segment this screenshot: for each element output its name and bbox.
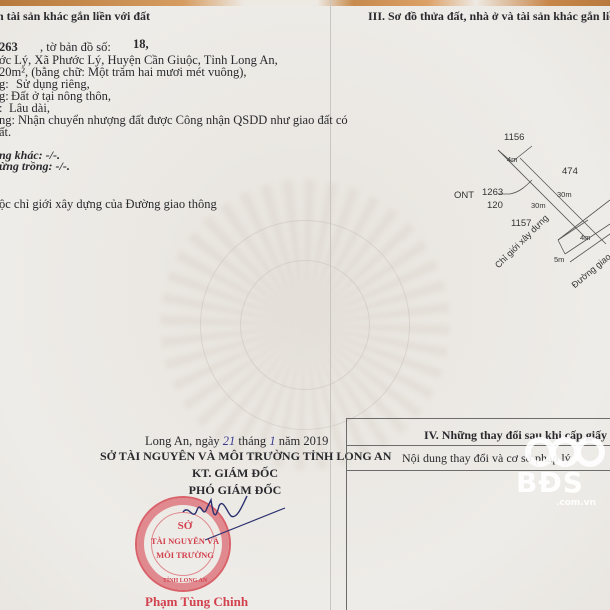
- dim-setback-5m: 5m: [554, 255, 564, 264]
- planted-forest-line: ừng trồng: -/-.: [0, 159, 70, 173]
- stamp-ring-text: TỈNH LONG AN: [137, 578, 233, 584]
- map-sheet-label: , tờ bản đồ số:: [40, 40, 111, 54]
- date-year: năm 2019: [279, 434, 329, 448]
- construction-boundary-note: ộc chỉ giới xây dựng của Đường giao thôn…: [0, 197, 217, 211]
- section-heading-left: h tài sản khác gắn liền với đất: [0, 9, 150, 24]
- watermark-domain: .com.vn: [556, 498, 596, 508]
- parcel-area-diagram: 120: [487, 200, 503, 211]
- table-surface-edge: [0, 0, 610, 6]
- watermark-logo: BĐS .com.vn: [520, 430, 610, 520]
- parcel-diagram: 1156 4m 474 ONT 1263 120 30m 30m 1157 4m…: [440, 120, 610, 300]
- land-code: ONT: [454, 190, 474, 201]
- watermark-drops-icon: [520, 430, 610, 470]
- signer-name: Phạm Tùng Chinh: [145, 594, 248, 610]
- usage-origin-value: Nhận chuyển nhượng đất được Công nhận QS…: [18, 113, 348, 127]
- handwritten-signature: [175, 492, 295, 562]
- date-day: 21: [223, 434, 236, 448]
- authority-name: SỞ TÀI NGUYÊN VÀ MÔI TRƯỜNG TỈNH LONG AN: [100, 449, 370, 464]
- dim-bottom-4m: 4m: [580, 233, 590, 242]
- dim-top-4m: 4m: [507, 155, 517, 164]
- parcel-1156: 1156: [504, 132, 524, 143]
- date-prefix: Long An, ngày: [145, 434, 220, 448]
- map-sheet-value: 18,: [133, 37, 149, 51]
- signer-title-1: KT. GIÁM ĐỐC: [135, 466, 335, 481]
- usage-origin-cont: ất.: [0, 125, 11, 139]
- page-fold-line: [330, 0, 331, 610]
- table-top-border: [346, 418, 610, 419]
- dim-left-30m: 30m: [531, 201, 546, 210]
- dim-right-30m: 30m: [557, 190, 572, 199]
- parcel-474: 474: [562, 166, 578, 177]
- month-label: tháng: [238, 434, 266, 448]
- parcel-number: 263: [0, 40, 18, 54]
- date-month: 1: [269, 434, 275, 448]
- land-certificate-photo: h tài sản khác gắn liền với đất 263 , tờ…: [0, 0, 610, 610]
- date-line: Long An, ngày 21 tháng 1 năm 2019: [145, 434, 328, 448]
- section-heading-right: III. Sơ đồ thửa đất, nhà ở và tài sản kh…: [368, 9, 610, 24]
- parcel-number-diagram: 1263: [482, 187, 503, 198]
- watermark-brand: BĐS: [516, 466, 584, 499]
- emblem-ring: [240, 260, 370, 390]
